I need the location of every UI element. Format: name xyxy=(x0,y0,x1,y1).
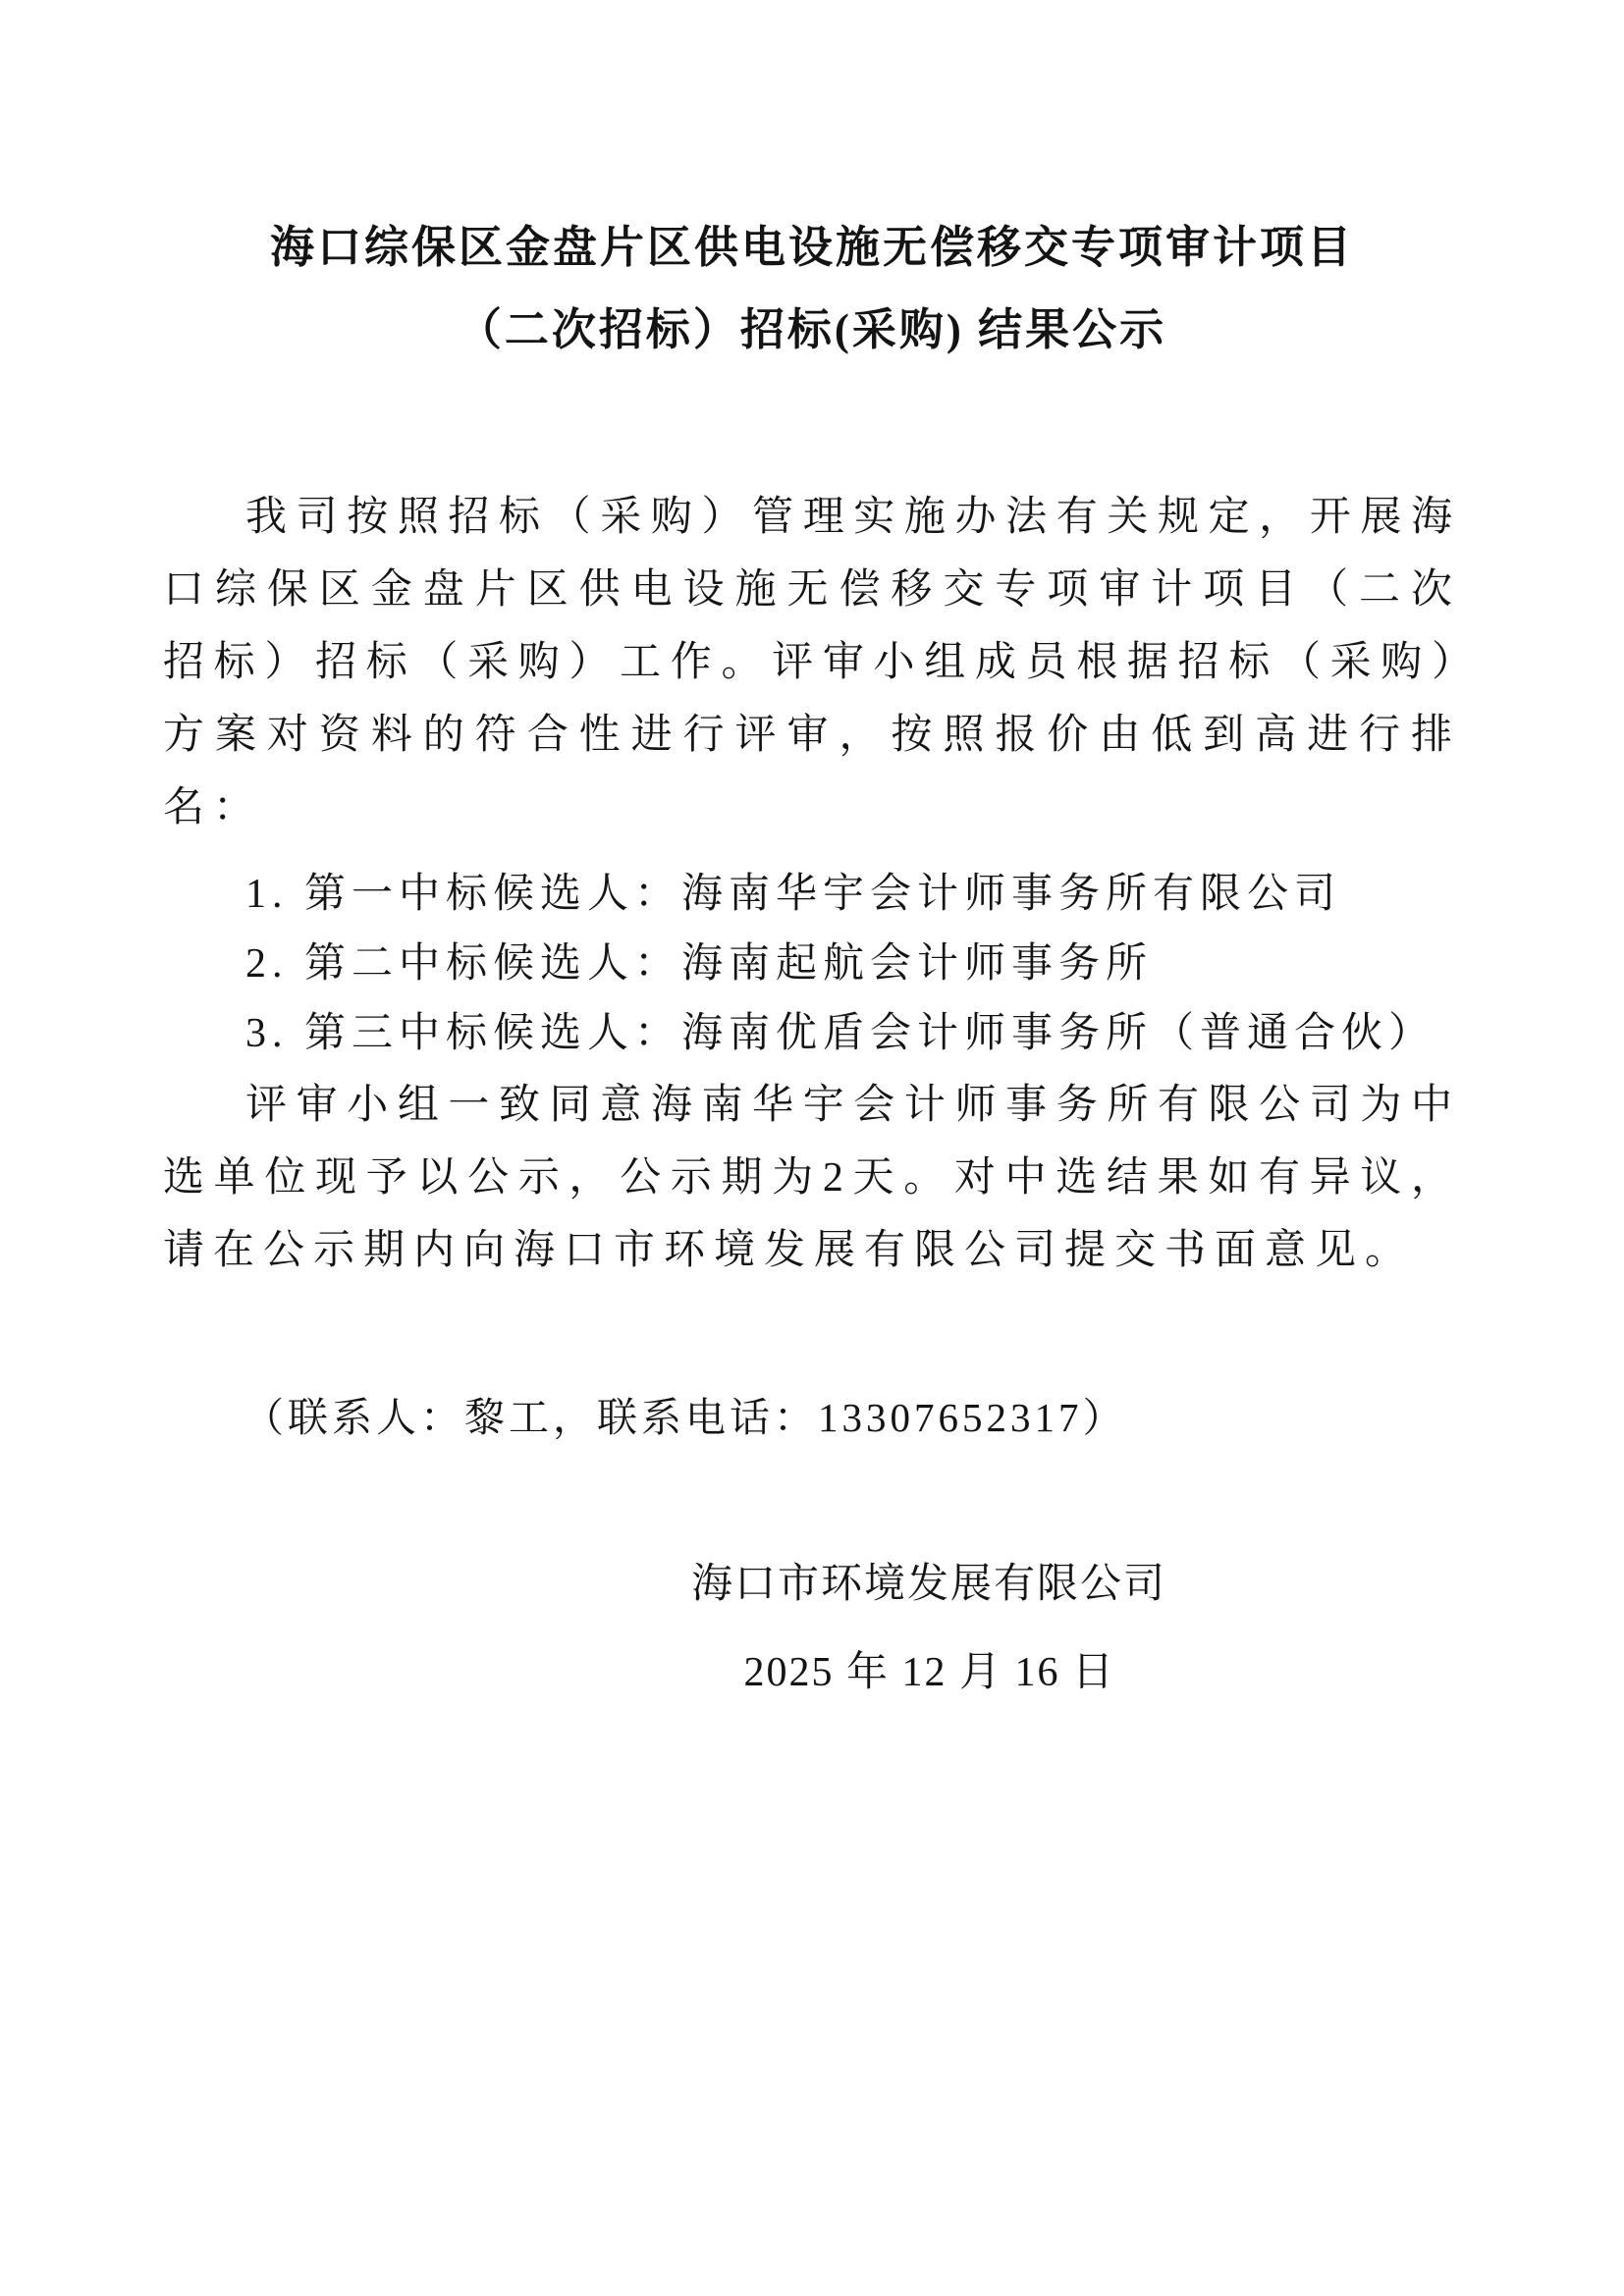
document-page: 海口综保区金盘片区供电设施无偿移交专项审计项目 （二次招标）招标(采购) 结果公… xyxy=(0,0,1624,2296)
document-title: 海口综保区金盘片区供电设施无偿移交专项审计项目 （二次招标）招标(采购) 结果公… xyxy=(163,0,1461,371)
decision-paragraph: 评审小组一致同意海南华宇会计师事务所有限公司为中选单位现予以公示，公示期为2天。… xyxy=(163,1069,1461,1287)
title-line-2: （二次招标）招标(采购) 结果公示 xyxy=(163,289,1461,371)
contact-line: （联系人：黎工，联系电话：13307652317） xyxy=(163,1381,1461,1454)
candidate-list: 1. 第一中标候选人：海南华宇会计师事务所有限公司 2. 第二中标候选人：海南起… xyxy=(163,860,1461,1069)
signature-date: 2025 年 12 月 16 日 xyxy=(163,1636,1461,1709)
title-line-1: 海口综保区金盘片区供电设施无偿移交专项审计项目 xyxy=(163,206,1461,289)
candidate-item-third: 3. 第三中标候选人：海南优盾会计师事务所（普通合伙） xyxy=(163,999,1461,1069)
signature-company: 海口市环境发展有限公司 xyxy=(163,1548,1461,1621)
candidate-item-second: 2. 第二中标候选人：海南起航会计师事务所 xyxy=(163,930,1461,999)
candidate-item-first: 1. 第一中标候选人：海南华宇会计师事务所有限公司 xyxy=(163,860,1461,930)
signature-block: 海口市环境发展有限公司 2025 年 12 月 16 日 xyxy=(163,1548,1461,1709)
intro-paragraph: 我司按照招标（采购）管理实施办法有关规定，开展海口综保区金盘片区供电设施无偿移交… xyxy=(163,481,1461,844)
